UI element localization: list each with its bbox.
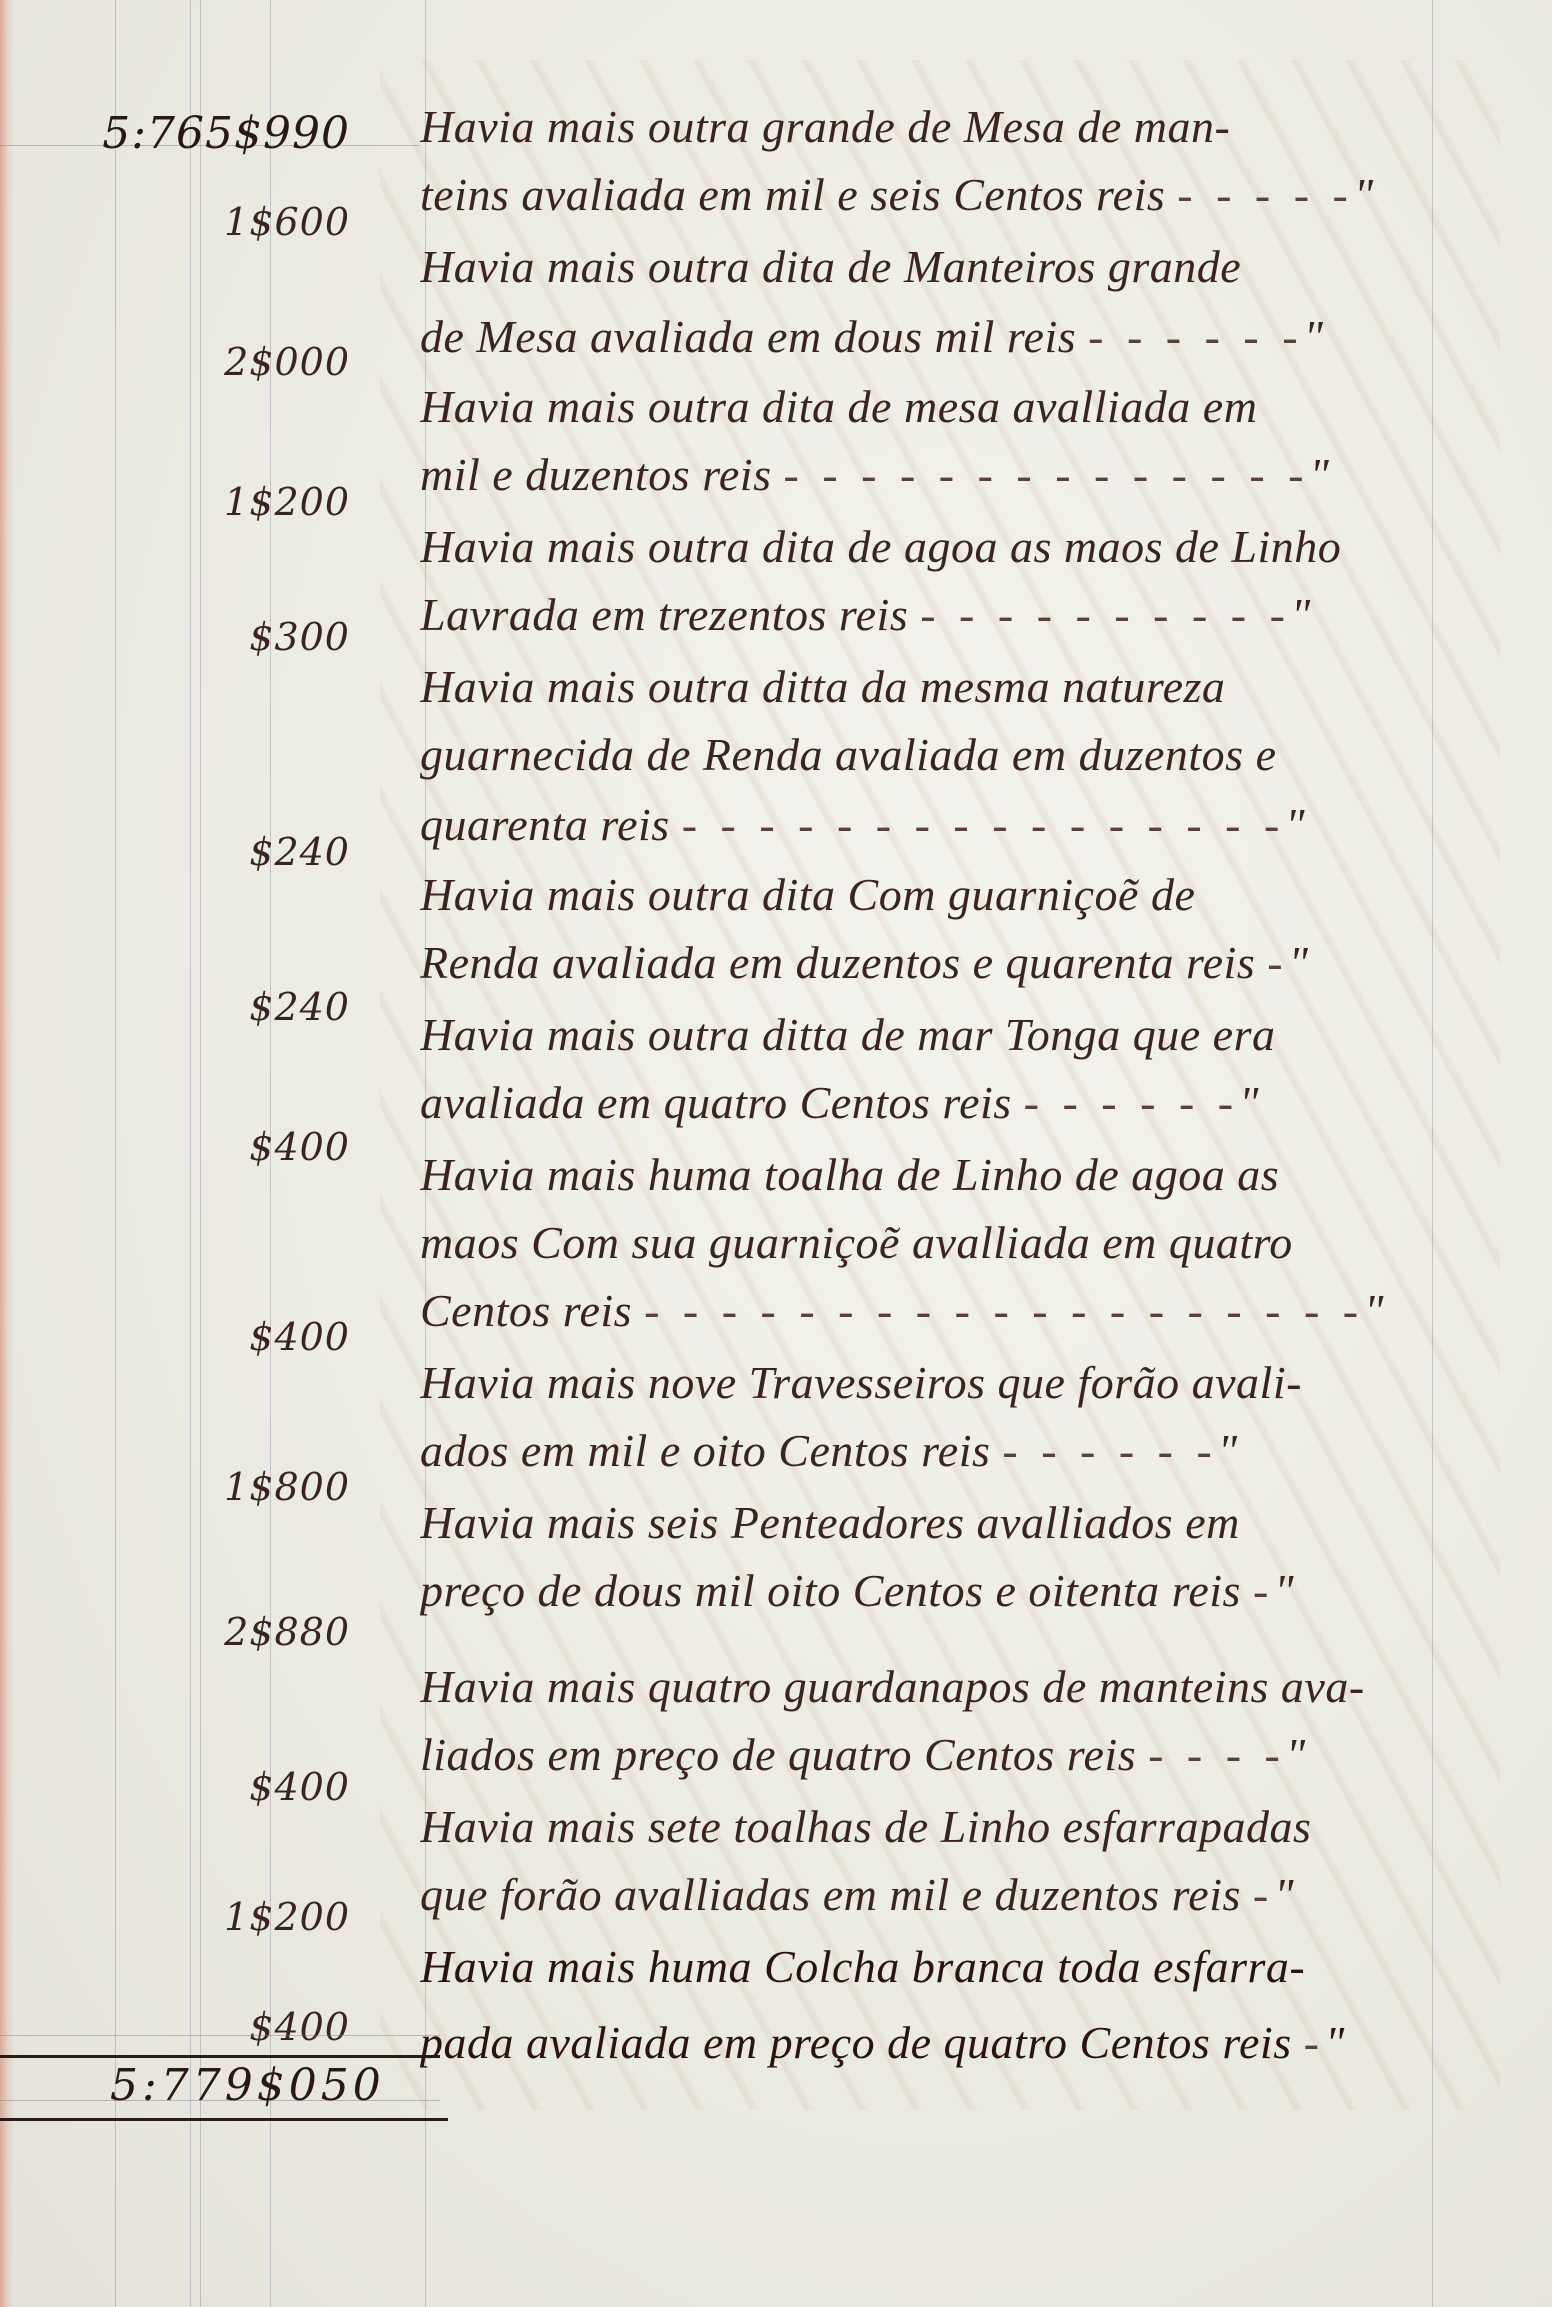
- entry-amount: $400: [90, 1125, 350, 1169]
- entry-amount: $300: [90, 615, 350, 659]
- entry-text-line: quarenta reis - - - - - - - - - - - - - …: [420, 798, 1440, 851]
- total-bottom-rule: [0, 2118, 448, 2121]
- entry-amount: 2$880: [90, 1610, 350, 1654]
- entry-text-line: guarnecida de Renda avaliada em duzentos…: [420, 728, 1440, 781]
- page-total-amount: 5:779$050: [110, 2060, 370, 2111]
- entry-text-line: de Mesa avaliada em dous mil reis - - - …: [420, 310, 1440, 363]
- entry-text-line: preço de dous mil oito Centos e oitenta …: [420, 1564, 1440, 1617]
- total-thin-rule: [0, 2035, 440, 2036]
- carried-forward-amount: 5:765$990: [90, 108, 350, 159]
- entry-text-line: Havia mais outra ditta da mesma natureza: [420, 660, 1440, 713]
- entry-text-line: Havia mais outra ditta de mar Tonga que …: [420, 1008, 1440, 1061]
- entry-amount: 2$000: [90, 340, 350, 384]
- entry-text-line: pada avaliada em preço de quatro Centos …: [420, 2016, 1440, 2069]
- entry-amount: $240: [90, 985, 350, 1029]
- entry-text-line: Havia mais outra dita de agoa as maos de…: [420, 520, 1440, 573]
- entry-text-line: maos Com sua guarniçoẽ avalliada em quat…: [420, 1216, 1440, 1269]
- entry-text-line: Havia mais seis Penteadores avalliados e…: [420, 1496, 1440, 1549]
- entry-text-line: liados em preço de quatro Centos reis - …: [420, 1728, 1440, 1781]
- entry-amount: $400: [90, 2005, 350, 2049]
- entry-text-line: mil e duzentos reis - - - - - - - - - - …: [420, 448, 1440, 501]
- entry-text-line: Havia mais quatro guardanapos de mantein…: [420, 1660, 1440, 1713]
- entry-text-line: Havia mais huma Colcha branca toda esfar…: [420, 1940, 1440, 1993]
- entry-text-line: Lavrada em trezentos reis - - - - - - - …: [420, 588, 1440, 641]
- entry-text-line: Havia mais sete toalhas de Linho esfarra…: [420, 1800, 1440, 1853]
- entry-text-line: Havia mais huma toalha de Linho de agoa …: [420, 1148, 1440, 1201]
- entry-amount: $240: [90, 830, 350, 874]
- entry-text-line: Havia mais outra dita Com guarniçoẽ de: [420, 868, 1440, 921]
- entry-amount: 1$200: [90, 1895, 350, 1939]
- entry-text-line: teins avaliada em mil e seis Centos reis…: [420, 168, 1440, 221]
- manuscript-page: 5:765$990 1$600 2$000 1$200 $300 $240 $2…: [0, 0, 1552, 2307]
- entry-text-line: Centos reis - - - - - - - - - - - - - - …: [420, 1284, 1440, 1337]
- total-top-rule: [0, 2055, 440, 2058]
- entry-text-line: que forão avalliadas em mil e duzentos r…: [420, 1868, 1440, 1921]
- entry-text-line: Renda avaliada em duzentos e quarenta re…: [420, 936, 1440, 989]
- entry-amount: 1$200: [90, 480, 350, 524]
- entry-amount: 1$600: [90, 200, 350, 244]
- entry-amount: $400: [90, 1765, 350, 1809]
- entry-text-line: Havia mais outra dita de Manteiros grand…: [420, 240, 1440, 293]
- entry-text-line: Havia mais outra dita de mesa avalliada …: [420, 380, 1440, 433]
- entry-amount: 1$800: [90, 1465, 350, 1509]
- entry-text-line: Havia mais nove Travesseiros que forão a…: [420, 1356, 1440, 1409]
- entry-text-line: Havia mais outra grande de Mesa de man-: [420, 100, 1440, 153]
- entry-text-line: ados em mil e oito Centos reis - - - - -…: [420, 1424, 1440, 1477]
- entry-text-line: avaliada em quatro Centos reis - - - - -…: [420, 1076, 1440, 1129]
- entry-amount: $400: [90, 1315, 350, 1359]
